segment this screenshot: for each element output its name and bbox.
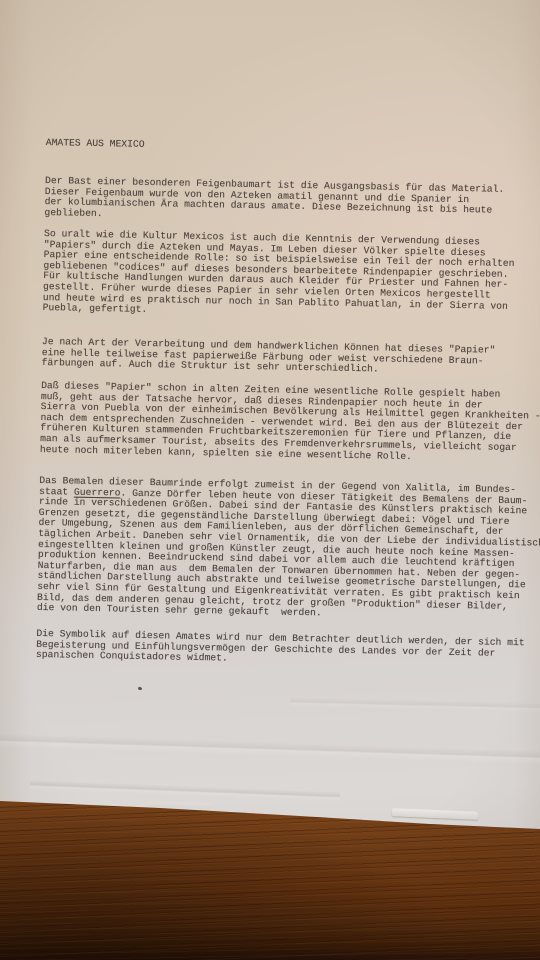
paragraph: Je nach Art der Verarbeitung und dem han… [41, 337, 495, 377]
paragraph: Daß dieses "Papier" schon in alten Zeite… [40, 381, 540, 465]
document-title: AMATES AUS MEXICO [46, 138, 145, 150]
paragraph: Die Symbolik auf diesen Amates wird nur … [36, 629, 525, 670]
photo-of-typed-document: AMATES AUS MEXICO Der Bast einer besonde… [0, 0, 540, 960]
paragraph: Das Bemalen dieser Baumrinde erfolgt zum… [37, 476, 540, 623]
typed-text-layer: AMATES AUS MEXICO Der Bast einer besonde… [33, 132, 540, 843]
paragraph: So uralt wie die Kultur Mexicos ist auch… [43, 229, 515, 323]
paragraph: Der Bast einer besonderen Feigenbaumart … [44, 176, 504, 227]
